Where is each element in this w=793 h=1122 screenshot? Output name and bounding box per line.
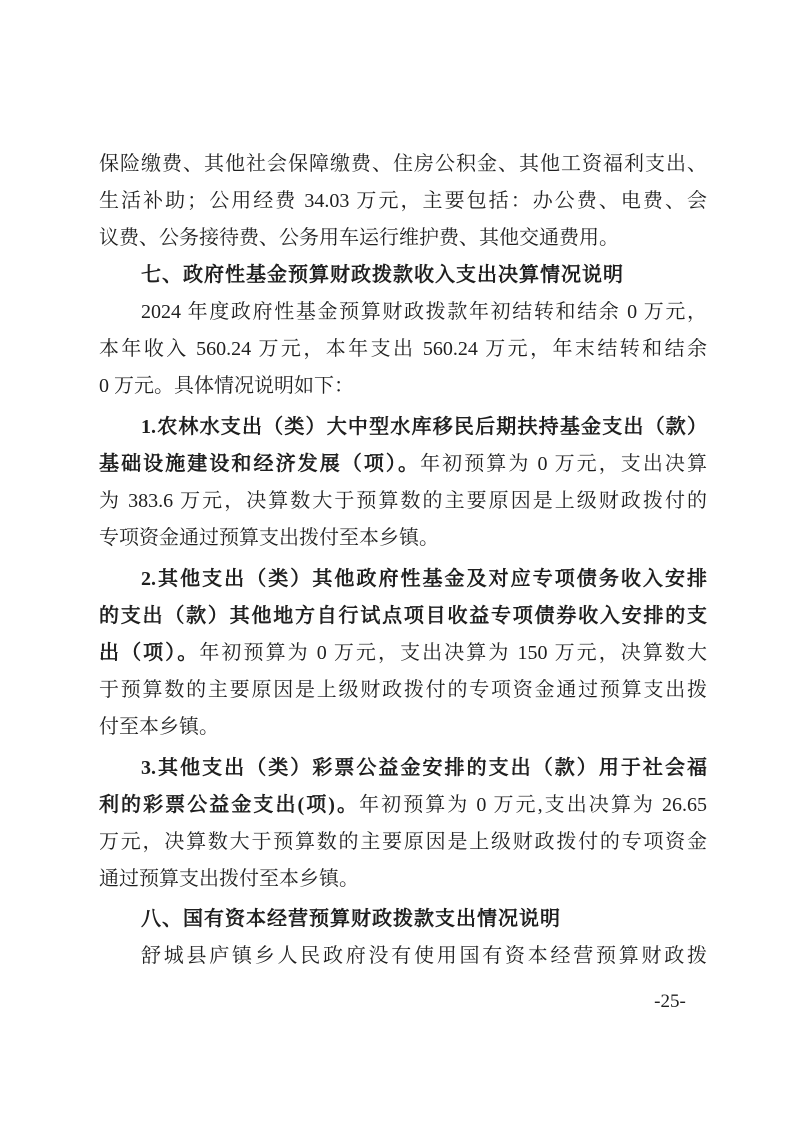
text-segment: 生活补助；公用经费 34.03 万元，主要包括：办公费、电费、会	[99, 190, 707, 212]
text-line: 的支出（款）其他地方自行试点项目收益专项债券收入安排的支	[99, 598, 707, 635]
section-heading-7: 七、政府性基金预算财政拨款收入支出决算情况说明	[99, 257, 707, 294]
text-line: 3.其他支出（类）彩票公益金安排的支出（款）用于社会福	[99, 750, 707, 787]
text-line: 舒城县庐镇乡人民政府没有使用国有资本经营预算财政拨	[99, 938, 707, 975]
text-segment: 舒城县庐镇乡人民政府没有使用国有资本经营预算财政拨	[141, 945, 707, 967]
text-line: 七、政府性基金预算财政拨款收入支出决算情况说明	[99, 257, 707, 294]
text-segment: 年初预算为 0 万元,支出决算为 26.65	[359, 794, 707, 816]
paragraph-govfund-overview: 2024 年度政府性基金预算财政拨款年初结转和结余 0 万元，本年收入 560.…	[99, 294, 707, 405]
text-line: 付至本乡镇。	[99, 709, 707, 746]
text-line: 议费、公务接待费、公务用车运行维护费、其他交通费用。	[99, 220, 707, 257]
text-line: 万元，决算数大于预算数的主要原因是上级财政拨付的专项资金	[99, 824, 707, 861]
text-segment-bold: 八、国有资本经营预算财政拨款支出情况说明	[141, 908, 561, 930]
text-segment: 万元，决算数大于预算数的主要原因是上级财政拨付的专项资金	[99, 831, 707, 853]
text-segment: 于预算数的主要原因是上级财政拨付的专项资金通过预算支出拨	[99, 679, 707, 701]
paragraph-item-3-lottery-fund: 3.其他支出（类）彩票公益金安排的支出（款）用于社会福利的彩票公益金支出(项)。…	[99, 750, 707, 898]
document-body: 保险缴费、其他社会保障缴费、住房公积金、其他工资福利支出、生活补助；公用经费 3…	[99, 146, 707, 975]
text-line: 利的彩票公益金支出(项)。年初预算为 0 万元,支出决算为 26.65	[99, 787, 707, 824]
text-segment-bold: 利的彩票公益金支出(项)。	[99, 794, 359, 816]
text-segment: 付至本乡镇。	[99, 716, 219, 738]
text-segment: 年初预算为 0 万元，支出决算为 150 万元，决算数大	[199, 642, 707, 664]
paragraph-item-1-reservoir-fund: 1.农林水支出（类）大中型水库移民后期扶持基金支出（款）基础设施建设和经济发展（…	[99, 409, 707, 557]
paragraph-item-2-special-bond: 2.其他支出（类）其他政府性基金及对应专项债务收入安排的支出（款）其他地方自行试…	[99, 561, 707, 746]
text-segment: 保险缴费、其他社会保障缴费、住房公积金、其他工资福利支出、	[99, 153, 707, 175]
text-segment-bold: 的支出（款）其他地方自行试点项目收益专项债券收入安排的支	[99, 605, 707, 627]
text-line: 0 万元。具体情况说明如下：	[99, 368, 707, 405]
text-line: 于预算数的主要原因是上级财政拨付的专项资金通过预算支出拨	[99, 672, 707, 709]
paragraph-basic-expense-continuation: 保险缴费、其他社会保障缴费、住房公积金、其他工资福利支出、生活补助；公用经费 3…	[99, 146, 707, 257]
text-segment: 通过预算支出拨付至本乡镇。	[99, 868, 359, 890]
text-segment: 2024 年度政府性基金预算财政拨款年初结转和结余 0 万元，	[141, 301, 707, 323]
text-line: 八、国有资本经营预算财政拨款支出情况说明	[99, 901, 707, 938]
text-line: 2024 年度政府性基金预算财政拨款年初结转和结余 0 万元，	[99, 294, 707, 331]
text-line: 生活补助；公用经费 34.03 万元，主要包括：办公费、电费、会	[99, 183, 707, 220]
text-segment: 0 万元。具体情况说明如下：	[99, 375, 354, 397]
text-segment-bold: 出（项）。	[99, 642, 199, 664]
text-segment: 年初预算为 0 万元，支出决算	[420, 453, 707, 475]
text-segment-bold: 2.其他支出（类）其他政府性基金及对应专项债务收入安排	[141, 568, 707, 590]
text-line: 1.农林水支出（类）大中型水库移民后期扶持基金支出（款）	[99, 409, 707, 446]
text-line: 保险缴费、其他社会保障缴费、住房公积金、其他工资福利支出、	[99, 146, 707, 183]
text-segment-bold: 3.其他支出（类）彩票公益金安排的支出（款）用于社会福	[141, 757, 707, 779]
text-line: 为 383.6 万元，决算数大于预算数的主要原因是上级财政拨付的	[99, 483, 707, 520]
text-segment: 专项资金通过预算支出拨付至本乡镇。	[99, 527, 439, 549]
paragraph-state-capital-intro: 舒城县庐镇乡人民政府没有使用国有资本经营预算财政拨	[99, 938, 707, 975]
text-segment-bold: 1.农林水支出（类）大中型水库移民后期扶持基金支出（款）	[141, 416, 707, 438]
text-segment-bold: 七、政府性基金预算财政拨款收入支出决算情况说明	[141, 264, 624, 286]
text-line: 2.其他支出（类）其他政府性基金及对应专项债务收入安排	[99, 561, 707, 598]
text-line: 本年收入 560.24 万元，本年支出 560.24 万元，年末结转和结余	[99, 331, 707, 368]
text-line: 通过预算支出拨付至本乡镇。	[99, 861, 707, 898]
text-segment: 为 383.6 万元，决算数大于预算数的主要原因是上级财政拨付的	[99, 490, 707, 512]
text-line: 专项资金通过预算支出拨付至本乡镇。	[99, 520, 707, 557]
text-segment: 议费、公务接待费、公务用车运行维护费、其他交通费用。	[99, 227, 619, 249]
text-line: 出（项）。年初预算为 0 万元，支出决算为 150 万元，决算数大	[99, 635, 707, 672]
document-page: 保险缴费、其他社会保障缴费、住房公积金、其他工资福利支出、生活补助；公用经费 3…	[0, 0, 793, 1122]
section-heading-8: 八、国有资本经营预算财政拨款支出情况说明	[99, 901, 707, 938]
text-segment-bold: 基础设施建设和经济发展（项）。	[99, 453, 420, 475]
page-number: -25-	[640, 985, 700, 1019]
text-line: 基础设施建设和经济发展（项）。年初预算为 0 万元，支出决算	[99, 446, 707, 483]
text-segment: 本年收入 560.24 万元，本年支出 560.24 万元，年末结转和结余	[99, 338, 707, 360]
